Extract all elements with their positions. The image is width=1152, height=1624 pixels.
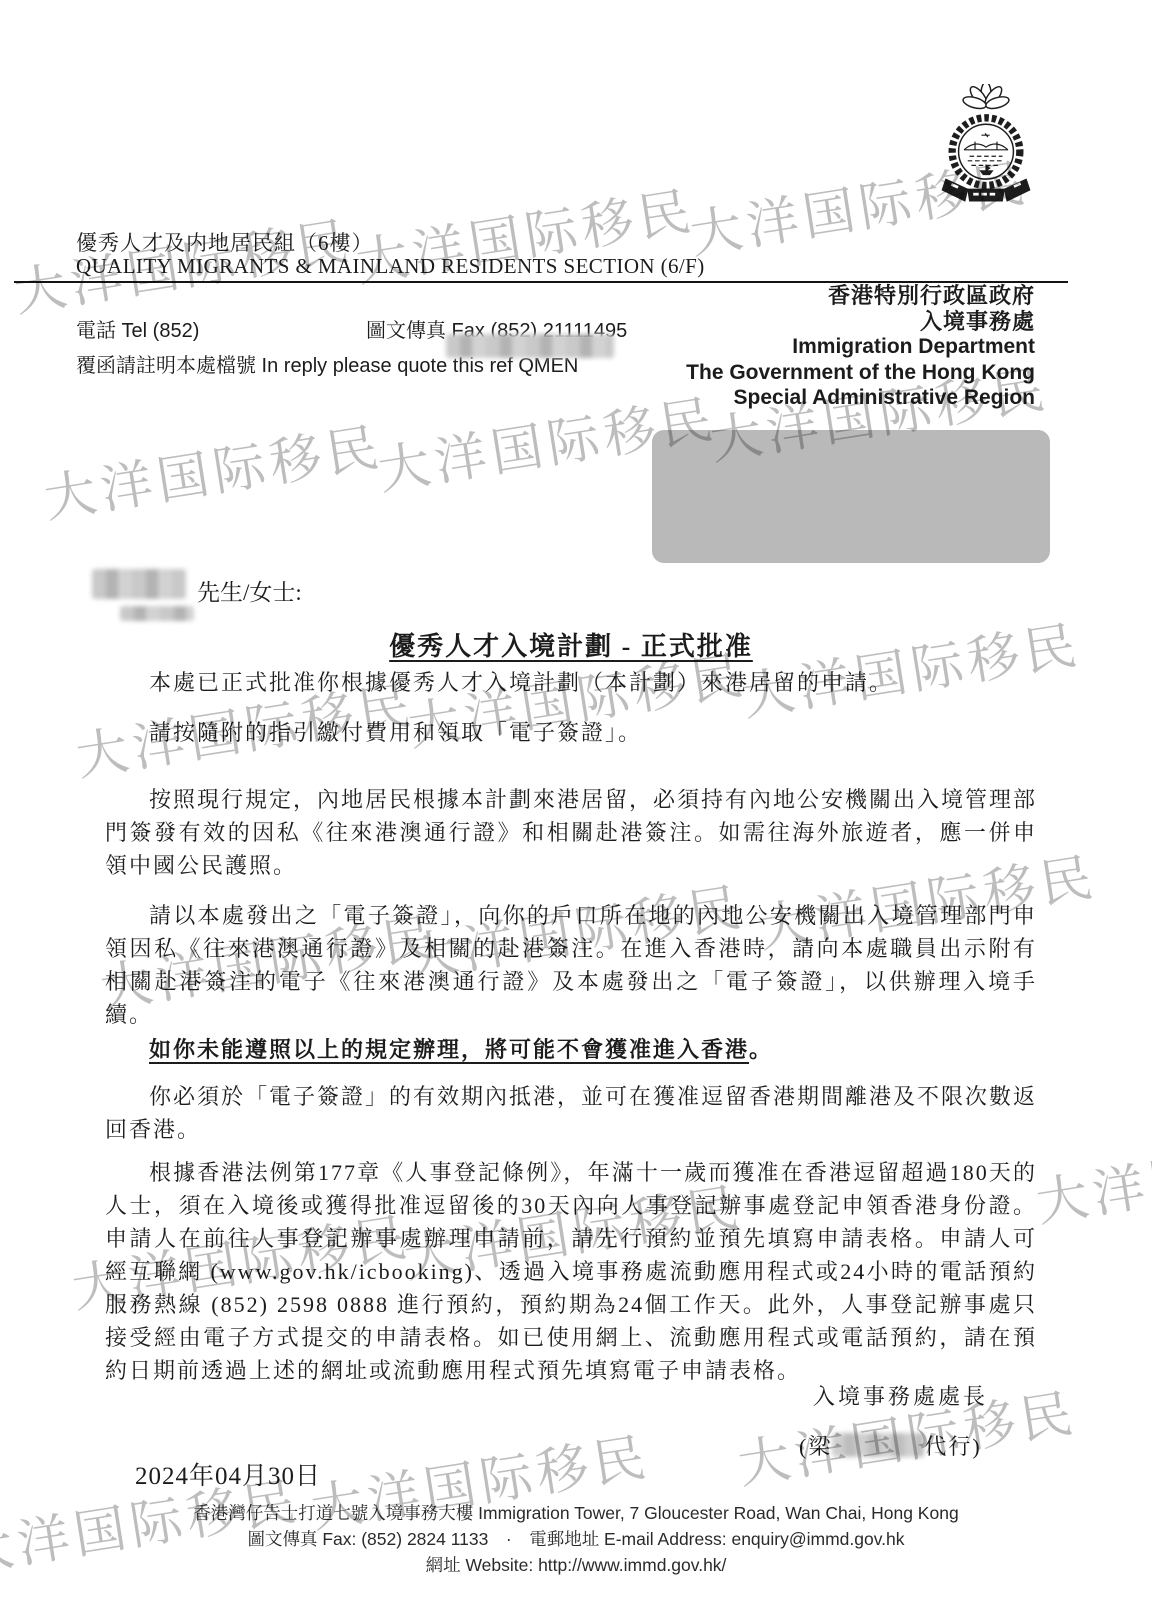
government-name-chinese: 香港特別行政區政府 (686, 283, 1035, 309)
government-name-english-2: Special Administrative Region (686, 385, 1035, 411)
redacted-signature-name (832, 1433, 924, 1457)
government-name-english-1: The Government of the Hong Kong (686, 360, 1035, 386)
signature-close: 代行) (924, 1434, 981, 1459)
immigration-department-crest-icon (930, 84, 1042, 212)
tel-label: 電話 Tel (852) (76, 314, 199, 343)
letter-page: 優秀人才及内地居民組（6樓） QUALITY MIGRANTS & MAINLA… (0, 0, 1152, 1624)
section-title-english: QUALITY MIGRANTS & MAINLAND RESIDENTS SE… (76, 254, 705, 279)
paragraph-approval: 本處已正式批准你根據優秀人才入境計劃（本計劃）來港居留的申請。 (105, 666, 1037, 699)
warning-statement: 如你未能遵照以上的規定辦理，將可能不會獲准進入香港。 (105, 1033, 1037, 1064)
redacted-address-block (652, 430, 1050, 563)
footer-address: 香港灣仔告士打道七號入境事務大樓 Immigration Tower, 7 Gl… (76, 1500, 1076, 1525)
redacted-recipient-name-2 (120, 606, 194, 621)
signoff-director: 入境事務處處長 (813, 1380, 988, 1411)
letter-title: 優秀人才入境計劃 - 正式批准 (105, 626, 1037, 663)
section-title-chinese: 優秀人才及内地居民組（6樓） (76, 227, 374, 257)
footer-fax-email: 圖文傳真 Fax: (852) 2824 1133 · 電郵地址 E-mail … (76, 1526, 1076, 1551)
signature-line: (梁代行) (799, 1430, 982, 1461)
watermark-text: 大洋国际移民 (1030, 1108, 1152, 1236)
paragraph-evisa-fee: 請按隨附的指引繳付費用和領取「電子簽證」。 (105, 716, 1037, 749)
department-name-english: Immigration Department (686, 334, 1035, 360)
department-header-block: 香港特別行政區政府 入境事務處 Immigration Department T… (686, 283, 1035, 411)
salutation: 先生/女士: (197, 574, 302, 607)
paragraph-id-registration: 根據香港法例第177章《人事登記條例》，年滿十一歲而獲准在香港逗留超過180天的… (105, 1156, 1037, 1387)
redacted-recipient-name (92, 569, 186, 599)
footer-website: 網址 Website: http://www.immd.gov.hk/ (76, 1552, 1076, 1577)
redacted-reference-number (446, 334, 614, 358)
department-name-chinese: 入境事務處 (686, 309, 1035, 335)
letter-date: 2024年04月30日 (135, 1456, 321, 1492)
paragraph-validity: 你必須於「電子簽證」的有效期內抵港，並可在獲准逗留香港期間離港及不限次數返回香港… (105, 1080, 1037, 1146)
paragraph-entry-procedure: 請以本處發出之「電子簽證」，向你的戶口所在地的內地公安機關出入境管理部門申領因私… (105, 899, 1037, 1031)
watermark-text: 大洋国际移民 (38, 404, 388, 532)
paragraph-permit-requirement: 按照現行規定，內地居民根據本計劃來港居留，必須持有內地公安機關出入境管理部門簽發… (105, 783, 1037, 882)
signature-open: (梁 (799, 1434, 832, 1459)
